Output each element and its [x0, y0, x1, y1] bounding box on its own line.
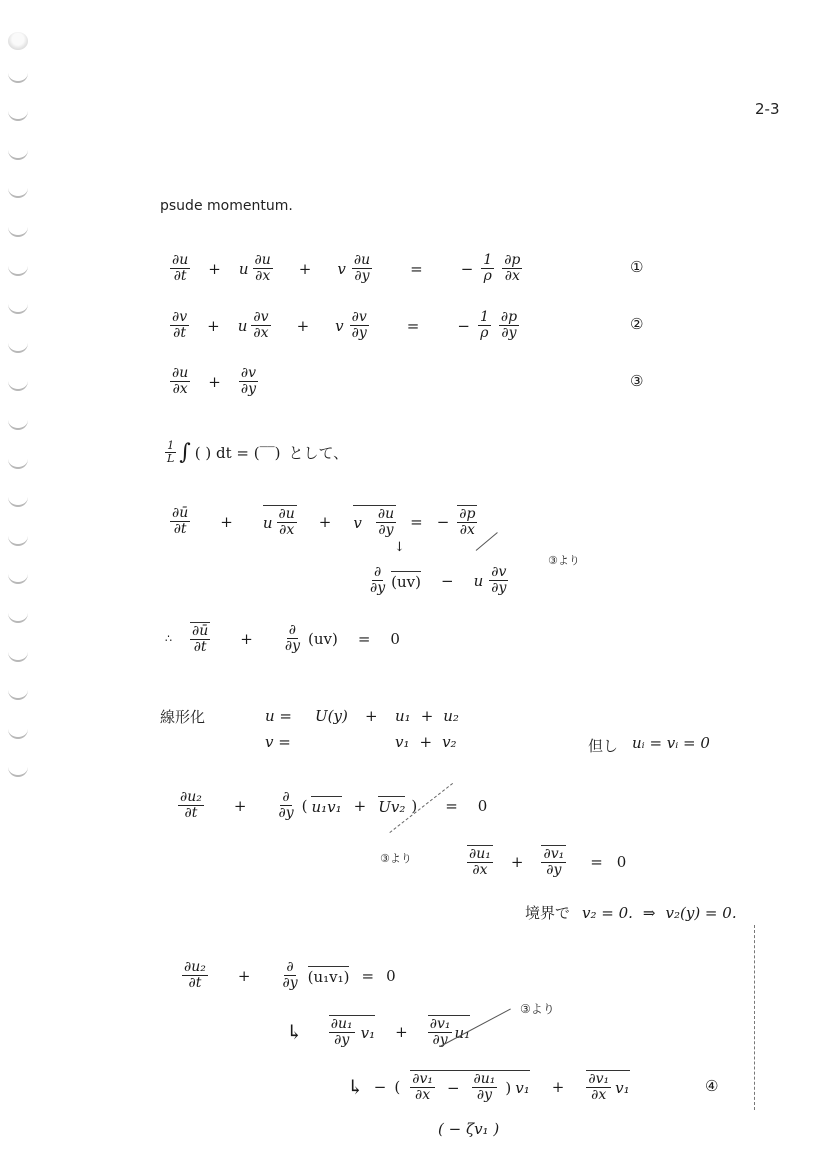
fraction: ∂u∂t — [170, 253, 190, 284]
fraction: ∂v₁∂y — [428, 1017, 453, 1048]
numerator: ∂u — [352, 253, 372, 269]
return-arrow: ↳ — [347, 1075, 364, 1099]
binder-hole — [8, 223, 28, 237]
variable: v — [353, 514, 361, 532]
variable: v — [335, 317, 343, 335]
binder-hole — [8, 686, 28, 700]
denominator: ∂y — [280, 976, 299, 991]
variable: u — [263, 514, 273, 532]
denominator: ∂y — [475, 1088, 494, 1103]
numerator: ∂v — [239, 366, 258, 382]
plus-sign: + — [297, 317, 310, 335]
reference-note: ③より — [548, 552, 580, 568]
fraction: ∂p∂x — [457, 505, 477, 538]
condition-label: 但し — [588, 735, 618, 756]
binder-hole — [8, 725, 28, 739]
overlined-term: u ∂u∂x — [263, 505, 297, 538]
overlined-term: ∂v₁∂y u₁ — [428, 1015, 470, 1048]
minus-sign: − — [457, 317, 470, 335]
numerator: ∂ — [287, 623, 298, 639]
fraction: ∂v₁∂y — [541, 845, 566, 878]
numerator: ∂p — [457, 507, 477, 523]
equation-tag-4: ④ — [705, 1077, 718, 1095]
fraction: ∂∂y — [280, 960, 299, 991]
denominator: ∂y — [276, 806, 295, 821]
expansion-step-1: ↳ ∂u₁∂y v₁ + ∂v₁∂y u₁ — [286, 1015, 470, 1048]
numerator: ∂u — [277, 507, 297, 523]
denominator: ∂y — [368, 581, 387, 596]
denominator: ρ — [478, 326, 490, 341]
binder-hole — [8, 146, 28, 160]
equation-2: ∂v∂t + u ∂v∂x + v ∂v∂y = − 1ρ ∂p∂y — [170, 310, 519, 341]
expansion-step-2: ↳ − ( ∂v₁∂x − ∂u₁∂y ) v₁ + ∂v₁∂x v₁ — [347, 1070, 630, 1103]
denominator: ∂x — [277, 523, 296, 538]
plus-sign: + — [511, 853, 524, 871]
overlined-term: ∂v₁∂x − ∂u₁∂y ) v₁ — [410, 1070, 530, 1103]
result-equation-1: ∴ ∂ū∂t + ∂∂y (uv) = 0 — [165, 622, 400, 655]
numerator: ∂u — [170, 253, 190, 269]
overlined-term: ∂v₁∂x v₁ — [586, 1070, 629, 1103]
fraction: ∂u₁∂y — [329, 1017, 355, 1048]
denominator: ∂y — [544, 863, 563, 878]
japanese-text: として、 — [288, 442, 348, 463]
variable: u₁ — [454, 1024, 470, 1042]
overlined-product: (u₁v₁) — [308, 966, 350, 986]
u2-equation: ∂u₂∂t + ∂∂y ( u₁v₁ + Uv₂ ) = 0 — [178, 790, 487, 821]
continuity-equation: ∂u₁∂x + ∂v₁∂y = 0 — [467, 845, 626, 878]
lhs: v = — [265, 733, 395, 751]
equation-1: ∂u∂t + u ∂u∂x + v ∂u∂y = − 1ρ ∂p∂x — [170, 253, 522, 284]
numerator: ∂v — [170, 310, 189, 326]
overlined-term: v ∂u∂y — [353, 505, 396, 538]
page-number: 2-3 — [755, 100, 780, 118]
equals-sign: = — [361, 967, 374, 985]
plus-sign: + — [420, 733, 433, 751]
v-decomposition: v = v₁ + v₂ — [265, 733, 457, 751]
averaged-equation: ∂ū∂t + u ∂u∂x + v ∂u∂y = − ∂p∂x — [170, 505, 477, 538]
fraction: ∂v∂x — [251, 310, 270, 341]
variable: v₁ — [515, 1079, 530, 1097]
numerator: ∂v — [489, 565, 508, 581]
fraction: ∂u∂y — [352, 253, 372, 284]
plus-sign: + — [395, 1023, 408, 1041]
minus-sign: − — [441, 572, 454, 590]
paren: ( — [302, 797, 308, 815]
lhs: u = — [265, 707, 315, 725]
denominator: ∂y — [489, 581, 508, 596]
denominator: ∂y — [350, 326, 369, 341]
minus-sign: − — [437, 513, 450, 531]
variable: u₂ — [443, 707, 459, 725]
return-arrow: ↳ — [286, 1020, 303, 1044]
plus-sign: + — [365, 707, 395, 725]
binder-hole — [8, 32, 28, 50]
fraction: ∂u∂x — [170, 366, 190, 397]
zero: 0 — [390, 630, 400, 648]
plus-sign: + — [207, 317, 220, 335]
result: v₂(y) = 0. — [666, 904, 737, 922]
variable: v₁ — [615, 1079, 630, 1097]
variable: v₂ — [442, 733, 457, 751]
denominator: ∂x — [589, 1088, 608, 1103]
fraction: ∂v∂t — [170, 310, 189, 341]
variable: v₁ — [395, 733, 410, 751]
numerator: 1 — [481, 253, 494, 269]
reference-note: ③より — [380, 850, 412, 866]
binder-hole — [8, 300, 28, 314]
boundary-condition: 境界で v₂ = 0. ⇒ v₂(y) = 0. — [525, 902, 737, 923]
implies-arrow: ⇒ — [643, 904, 656, 922]
denominator: ∂y — [499, 326, 518, 341]
denominator: ∂y — [332, 1033, 351, 1048]
plus-sign: + — [208, 260, 221, 278]
fraction: ∂v∂y — [489, 565, 508, 596]
binder-hole — [8, 763, 28, 777]
fraction: ∂v₁∂x — [410, 1072, 435, 1103]
minus-sign: − — [461, 260, 474, 278]
binder-hole — [8, 184, 28, 198]
numerator: ∂ū — [190, 624, 210, 640]
plus-sign: + — [208, 373, 221, 391]
fraction: ∂u₁∂x — [467, 845, 493, 878]
equals-sign: = — [590, 853, 603, 871]
binder-hole — [8, 455, 28, 469]
denominator: ∂x — [413, 1088, 432, 1103]
binder-hole — [8, 570, 28, 584]
overlined-term: ∂u₁∂y v₁ — [329, 1015, 375, 1048]
fraction: ∂u₂∂t — [178, 790, 204, 821]
denominator: ∂t — [172, 522, 189, 537]
variable: u — [239, 260, 249, 278]
plus-sign: + — [234, 797, 247, 815]
numerator: ∂u₁ — [472, 1072, 498, 1088]
u-decomposition: u = U(y) + u₁ + u₂ — [265, 707, 459, 725]
integral-sign: ∫ — [179, 440, 190, 465]
reference-note: ③より — [520, 1000, 555, 1017]
variable: u — [474, 572, 484, 590]
zero: 0 — [386, 967, 396, 985]
binder-hole — [8, 532, 28, 546]
paren: ) — [505, 1079, 511, 1097]
plus-sign: + — [240, 630, 253, 648]
denominator: ∂t — [183, 806, 200, 821]
fraction: ∂∂y — [276, 790, 295, 821]
numerator: ∂p — [502, 253, 522, 269]
denominator: ∂x — [251, 326, 270, 341]
binder-hole — [8, 416, 28, 430]
final-equation: ∂u₂∂t + ∂∂y (u₁v₁) = 0 — [182, 960, 396, 991]
denominator: ∂t — [171, 326, 188, 341]
denominator: ∂x — [470, 863, 489, 878]
denominator: ∂x — [503, 269, 522, 284]
numerator: ∂ū — [170, 506, 190, 522]
numerator: ∂v — [251, 310, 270, 326]
overlined-product: (uv) — [308, 630, 338, 648]
averaging-definition: 1L ∫ ( ) dt = (‾‾) として、 — [165, 440, 348, 465]
numerator: 1 — [478, 310, 491, 326]
binder-hole — [8, 69, 28, 83]
variable: u₁ — [395, 707, 411, 725]
numerator: ∂u₁ — [329, 1017, 355, 1033]
binder-hole — [8, 493, 28, 507]
minus-sign: − — [447, 1079, 460, 1097]
denominator: ∂t — [187, 976, 204, 991]
denominator: ∂t — [192, 640, 209, 655]
overlined-product: (uv) — [391, 571, 421, 591]
plus-sign: + — [552, 1078, 565, 1096]
fraction: ∂p∂y — [499, 310, 519, 341]
variable: v₁ — [361, 1024, 376, 1042]
equals-sign: = — [358, 630, 371, 648]
overlined-product: u₁v₁ — [311, 796, 341, 816]
binder-hole — [8, 107, 28, 121]
condition: uᵢ = vᵢ = 0 — [632, 734, 710, 752]
fraction: ∂p∂x — [502, 253, 522, 284]
numerator: ∂u₂ — [182, 960, 208, 976]
zero: 0 — [617, 853, 627, 871]
fraction: ∂u∂y — [376, 507, 396, 538]
numerator: ∂u₁ — [467, 847, 493, 863]
fraction: ∂ū∂t — [170, 506, 190, 537]
averaged-substitution: ∂∂y (uv) − u ∂v∂y — [368, 565, 508, 596]
equals-sign: = — [410, 260, 423, 278]
plus-sign: + — [238, 967, 251, 985]
zero: 0 — [478, 797, 488, 815]
therefore-sign: ∴ — [165, 632, 172, 645]
denominator: ∂t — [172, 269, 189, 284]
plus-sign: + — [299, 260, 312, 278]
integral-body: ( ) dt = (‾‾) — [195, 444, 281, 462]
numerator: ∂v₁ — [586, 1072, 611, 1088]
fraction: ∂ū∂t — [190, 622, 210, 655]
plus-sign: + — [319, 513, 332, 531]
binder-hole — [8, 339, 28, 353]
numerator: ∂u — [376, 507, 396, 523]
variable: v — [337, 260, 345, 278]
fraction: ∂∂y — [283, 623, 302, 654]
binder-hole — [8, 262, 28, 276]
numerator: ∂ — [372, 565, 383, 581]
numerator: ∂v₁ — [428, 1017, 453, 1033]
fraction: ∂∂y — [368, 565, 387, 596]
equation-tag-3: ③ — [630, 372, 643, 390]
fraction: ∂u₂∂t — [182, 960, 208, 991]
minus-sign: − — [374, 1078, 387, 1096]
numerator: ∂v₁ — [541, 847, 566, 863]
equation-3: ∂u∂x + ∂v∂y — [170, 366, 258, 397]
fraction: ∂u₁∂y — [472, 1072, 498, 1103]
denominator: ∂y — [283, 639, 302, 654]
linearization-label: 線形化 — [160, 706, 205, 727]
fraction: ∂u∂x — [277, 507, 297, 538]
binder-hole — [8, 377, 28, 391]
paren: ( — [394, 1078, 400, 1096]
denominator: ∂x — [171, 382, 190, 397]
equals-sign: = — [407, 317, 420, 335]
denominator: L — [165, 453, 176, 465]
denominator: ∂y — [376, 523, 395, 538]
plus-sign: + — [421, 707, 434, 725]
equals-sign: = — [410, 513, 423, 531]
strike-line — [476, 532, 498, 551]
mean-velocity: U(y) — [315, 707, 365, 725]
plus-sign: + — [354, 797, 367, 815]
fraction: ∂v∂y — [239, 366, 258, 397]
numerator: ∂v — [350, 310, 369, 326]
fraction: ∂v₁∂x — [586, 1072, 611, 1103]
denominator: ∂y — [239, 382, 258, 397]
condition: v₂ = 0. — [582, 904, 633, 922]
fraction: 1L — [165, 440, 176, 465]
numerator: ∂u — [253, 253, 273, 269]
plus-sign: + — [220, 513, 233, 531]
numerator: ∂u₂ — [178, 790, 204, 806]
binder-hole — [8, 609, 28, 623]
section-title: psude momentum. — [160, 198, 293, 214]
denominator: ∂x — [253, 269, 272, 284]
denominator: ∂y — [352, 269, 371, 284]
variable: u — [238, 317, 248, 335]
fraction: 1ρ — [478, 310, 491, 341]
numerator: ∂p — [499, 310, 519, 326]
numerator: ∂ — [284, 960, 295, 976]
fraction: ∂v∂y — [350, 310, 369, 341]
binder-hole — [8, 648, 28, 662]
down-arrow: ↓ — [394, 540, 405, 555]
overlined-product: Uv₂ — [378, 796, 405, 816]
fraction: 1ρ — [481, 253, 494, 284]
japanese-text: 境界で — [525, 902, 570, 923]
vorticity-term: ( − ζv₁ ) — [438, 1120, 499, 1138]
fraction: ∂u∂x — [253, 253, 273, 284]
numerator: ∂v₁ — [410, 1072, 435, 1088]
margin-line — [754, 925, 755, 1110]
denominator: ∂x — [458, 523, 477, 538]
equals-sign: = — [445, 797, 458, 815]
denominator: ρ — [482, 269, 494, 284]
numerator: ∂ — [280, 790, 291, 806]
equation-tag-1: ① — [630, 258, 643, 276]
numerator: ∂u — [170, 366, 190, 382]
equation-tag-2: ② — [630, 315, 643, 333]
